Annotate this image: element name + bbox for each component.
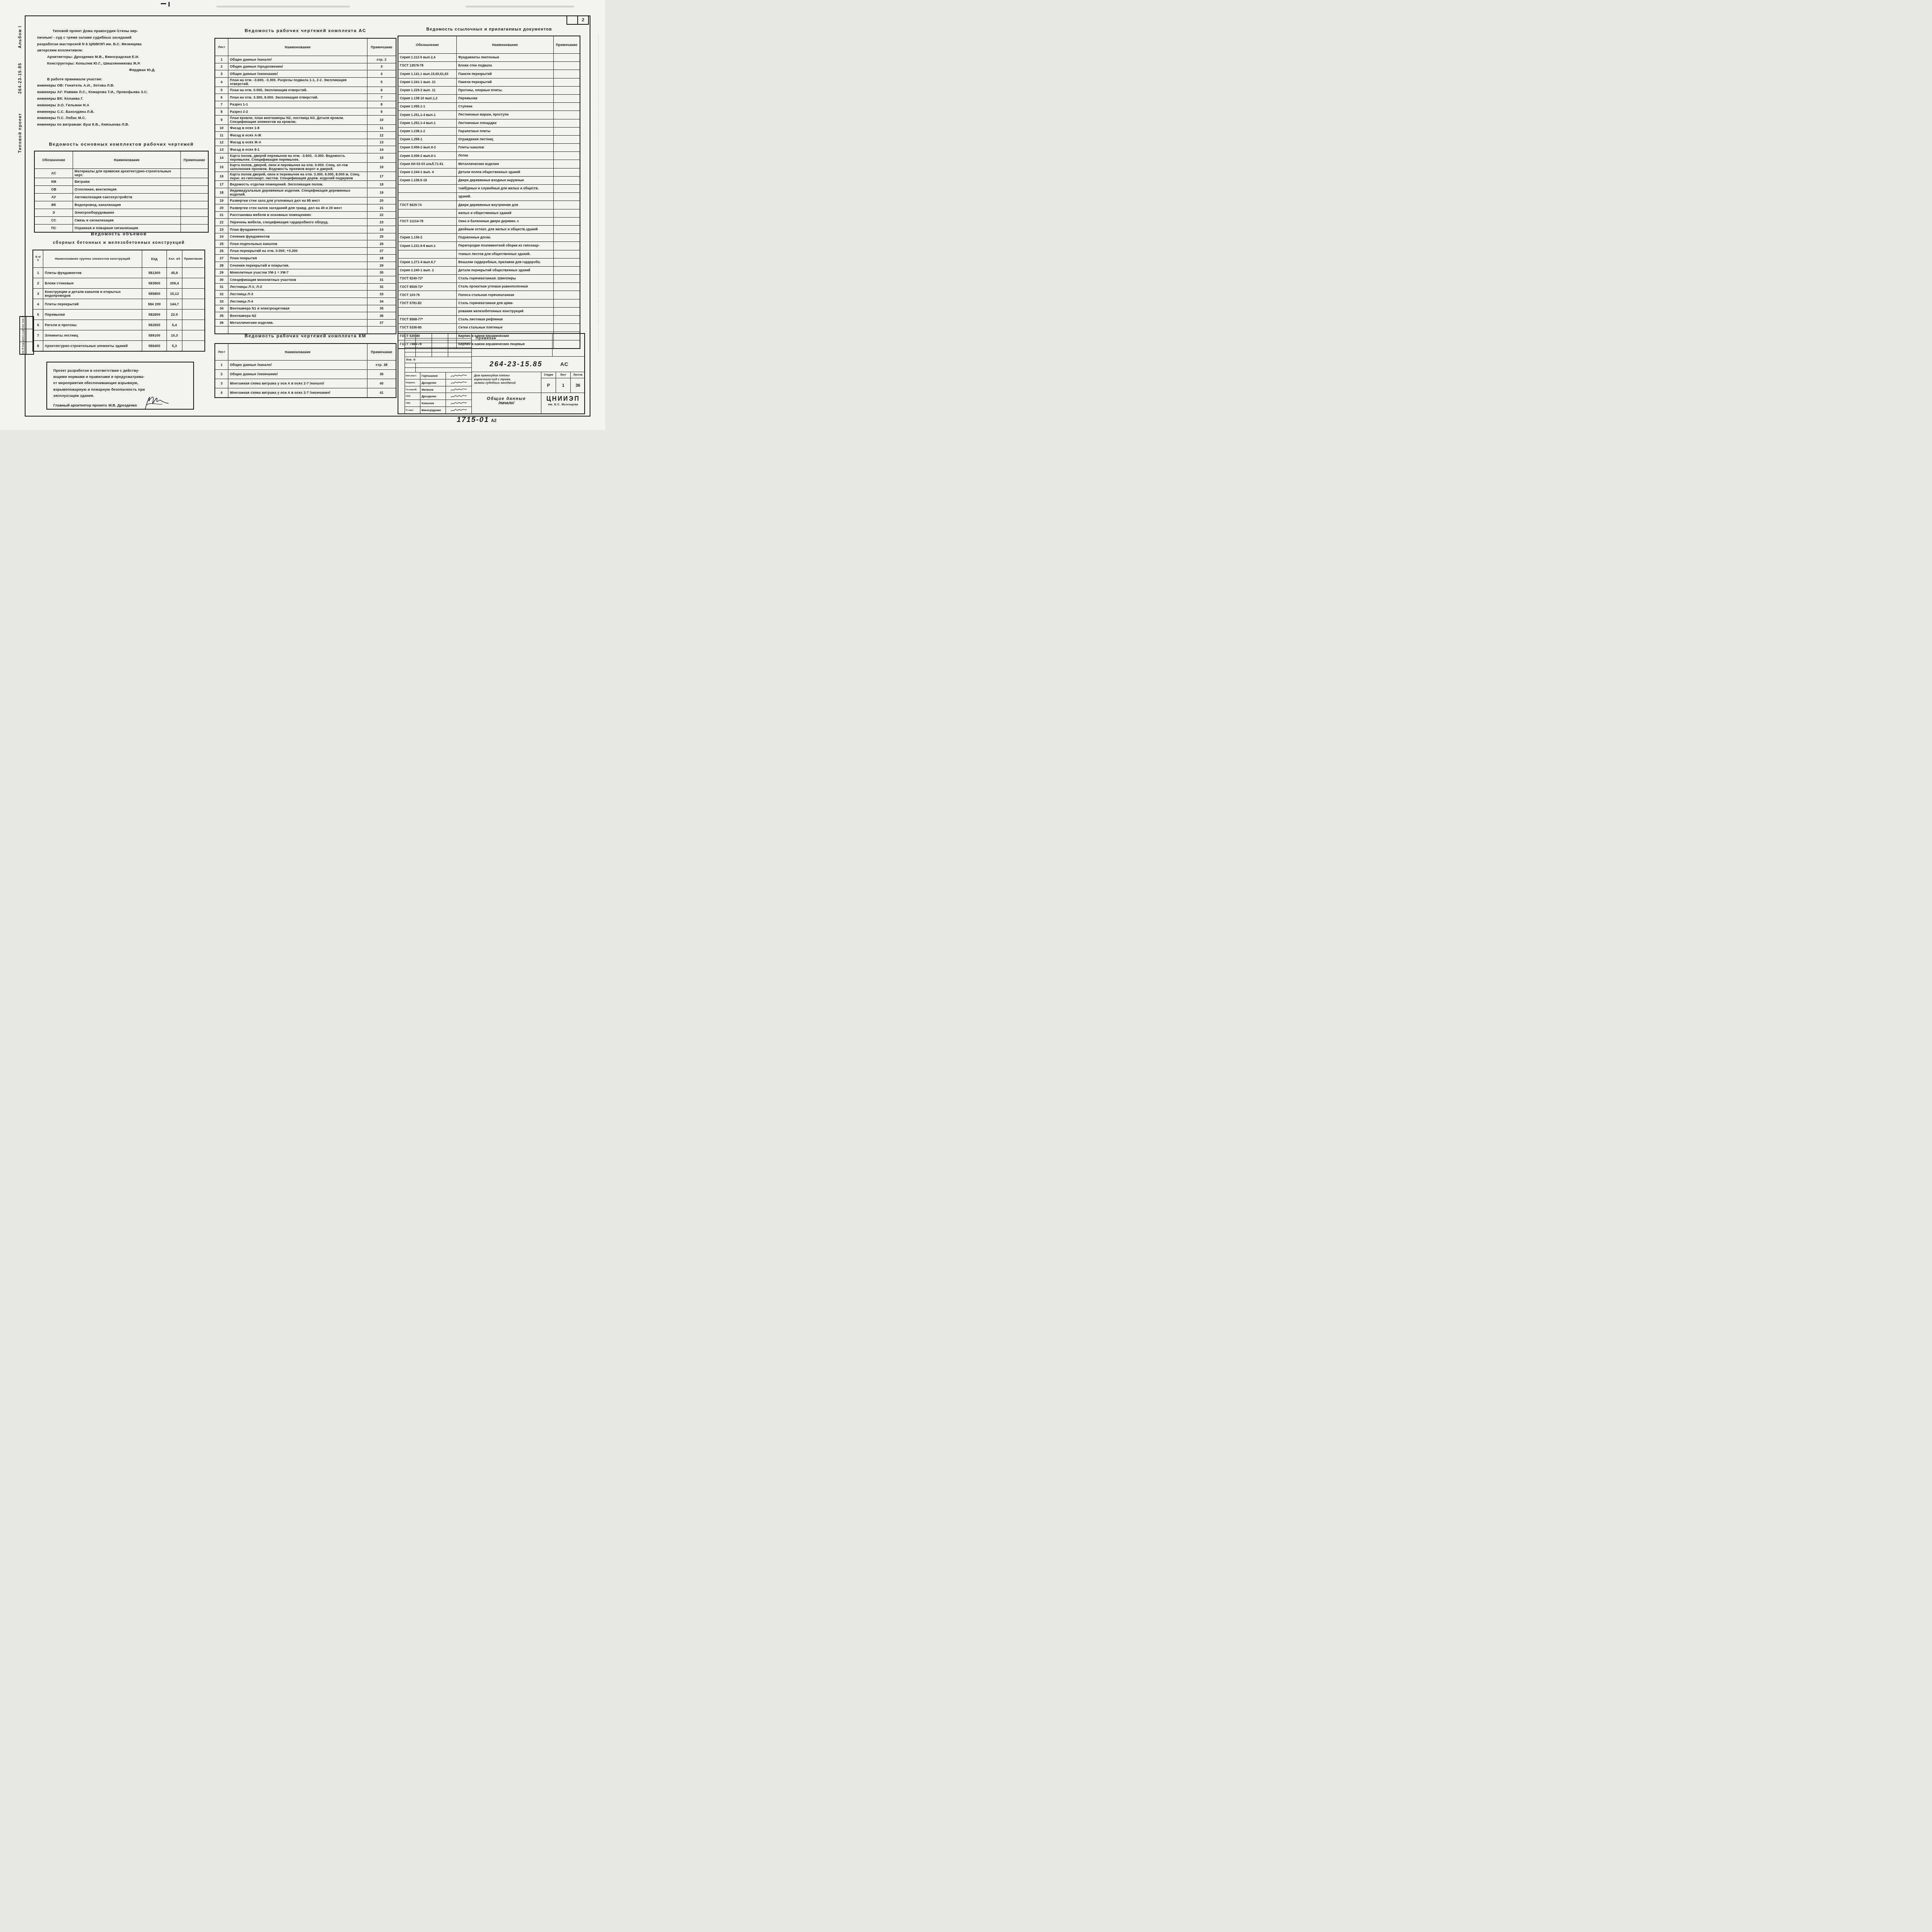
stage-grid: Стадия Лист Листов Р 1 36 bbox=[541, 372, 585, 393]
note-cell: 13 bbox=[367, 139, 396, 146]
table-row: 28 Сечения перекрытий и покрытия. 29 bbox=[215, 262, 396, 269]
num-cell: 5 bbox=[33, 310, 43, 320]
doc-designation-cell: Серия 1.241-1 вып. 21 bbox=[398, 78, 456, 86]
drawing-name-cell: Разрез 1-1 bbox=[228, 101, 367, 108]
doc-name-cell: Перегородки поэлементной сборки из гипсо… bbox=[456, 242, 553, 250]
title-block: Инв. N Нач.маст. Горлышков bbox=[398, 333, 585, 414]
doc-name-cell: зданий. bbox=[456, 193, 553, 201]
project-name-line: Дом правосудия /стены bbox=[474, 374, 540, 378]
table-row: 29 Монолитные участки УМ-1 ÷ УМ-7 30 bbox=[215, 269, 396, 276]
note-cell bbox=[553, 291, 580, 299]
table-row: Серия 2.240-1 вып. 2 Детали перекрытий о… bbox=[398, 266, 580, 274]
signature-icon bbox=[450, 373, 468, 378]
signer-name: М.В. Дрозденко bbox=[109, 403, 137, 408]
stage-header: Стадия bbox=[541, 372, 556, 378]
note-cell: 19 bbox=[367, 188, 396, 197]
note-cell: 15 bbox=[367, 153, 396, 162]
doc-designation-cell: Серия 1.055.1-1 bbox=[398, 103, 456, 111]
table-row: ГОСТ 5336-80 Сетки стальные плетеные bbox=[398, 323, 580, 332]
note-cell bbox=[553, 299, 580, 307]
drawing-name-cell: Фасад в осях 8-1 bbox=[228, 146, 367, 153]
column-header-sheet: Лист bbox=[215, 39, 228, 56]
table-row bbox=[215, 326, 396, 333]
table-row: жилых и общественных зданий bbox=[398, 209, 580, 217]
note-cell bbox=[553, 136, 580, 143]
table-row: 10 Фасад в осях 1-8 11 bbox=[215, 124, 396, 132]
sheets-value: 36 bbox=[571, 378, 585, 393]
drawing-name-cell: План на отм. -3.600, -3.300. Разрезы под… bbox=[228, 78, 367, 87]
table-row: ГОСТ 8240-72* Сталь горячекатанная. Швел… bbox=[398, 274, 580, 282]
doc-name-cell: Панели перекрытий bbox=[456, 78, 553, 86]
table-row: 23 План фундаментов. 24 bbox=[215, 226, 396, 233]
signature-row: ГКП Копылев bbox=[405, 400, 471, 407]
linked-status-cell: Привязан bbox=[472, 334, 552, 356]
compliance-note-box: Проект разработан в соответствии с дейст… bbox=[46, 362, 194, 410]
table-row: Серия 1.251.1-4 вып.1 Лестничные марши, … bbox=[398, 111, 580, 119]
table-row: 5 Перемычки 582800 22.0 bbox=[33, 309, 204, 320]
doc-name-cell: двойным остекл. для жилых и обществ.здан… bbox=[456, 226, 553, 233]
signature-row: Нач.маст. Горлышков bbox=[405, 372, 471, 379]
table-row: Серия 3.006-2 вып.II-1 Лотки bbox=[398, 151, 580, 160]
drawing-name-cell: Фасад в осях Ж-А bbox=[228, 139, 367, 146]
table-row: ОВ Отопление, вентиляция bbox=[35, 185, 208, 193]
table-row: 15 Карта полов, дверей, окон и перемычек… bbox=[215, 162, 396, 172]
table-row: Серия 1.112-5 вып.2,4 Фундаменты ленточн… bbox=[398, 53, 580, 61]
note-cell: 9 bbox=[367, 108, 396, 115]
table-row: 2 Блоки стеновые 583500 206,4 bbox=[33, 278, 204, 288]
table-row: 5 План на отм. 0.000, Экспликация отверс… bbox=[215, 87, 396, 94]
table-header-row: N п/п Наименование группы элементов конс… bbox=[33, 250, 204, 267]
code-cell: 584 200 bbox=[142, 299, 167, 309]
table-row: 21 Расстановка мебели в основных помещен… bbox=[215, 211, 396, 219]
note-cell: 12 bbox=[367, 132, 396, 139]
drawing-name-cell: Венткамера N1 и электрощитовая bbox=[228, 305, 367, 312]
group-name-cell: Конструкции и детали каналов и открытых … bbox=[43, 289, 142, 299]
table-row: 3 Общие данные /окончание/ 4 bbox=[215, 70, 396, 77]
signature-cell bbox=[446, 401, 471, 406]
sheet-num-cell: 24 bbox=[215, 233, 228, 240]
table-row: 14 Карта полов, дверей перемычек на отм.… bbox=[215, 153, 396, 162]
note-line: ющими нормами и правилами и предусматрив… bbox=[53, 374, 188, 380]
doc-name-cell: Сталь горячекатанная для арми- bbox=[456, 299, 553, 307]
signature-icon bbox=[450, 387, 468, 392]
note-line: взрывопожарную и пожарную безопасность п… bbox=[53, 386, 188, 393]
sheet-num-cell: 33 bbox=[215, 298, 228, 305]
sheet-num-cell: 14 bbox=[215, 153, 228, 162]
stamp-cell-label: Подпись и дата bbox=[22, 329, 24, 342]
note-cell bbox=[180, 217, 208, 224]
drawing-name-cell: Индивидуальные деревянные изделия. Специ… bbox=[228, 188, 367, 197]
project-name-line: залами судебных заседаний bbox=[474, 381, 540, 385]
num-cell: 7 bbox=[33, 330, 43, 340]
doc-designation-cell: Серия 1.136-2 bbox=[398, 234, 456, 241]
organization-name: ЦНИИЭП bbox=[541, 396, 585, 403]
set-name-cell: Витражи bbox=[73, 178, 180, 185]
doc-designation-cell: Серия 3.006-2 вып.II-1 bbox=[398, 152, 456, 160]
table-row: 1 Общие данные /начало/ стр. 2 bbox=[215, 56, 396, 63]
note-cell bbox=[180, 209, 208, 216]
code-cell: 582800 bbox=[142, 310, 167, 320]
drawing-name-cell: Фасад в осях 1-8 bbox=[228, 125, 367, 132]
signature-role: Нормок. bbox=[405, 379, 420, 386]
intro-line: инженеры АУ: Раввин Л.С., Комарова Т.И.,… bbox=[37, 89, 212, 95]
inventory-number-row: Инв. N bbox=[405, 357, 471, 363]
note-cell bbox=[553, 168, 580, 176]
revision-row bbox=[405, 338, 471, 343]
set-code-cell: ПС bbox=[35, 224, 73, 232]
table-row: АУ Автоматизация сантехустройств bbox=[35, 193, 208, 201]
margin-project-label: Типовой проект bbox=[18, 113, 22, 153]
sheet-num-cell: 16 bbox=[215, 172, 228, 181]
doc-designation-cell: Серия 1.252.1-4 вып.1 bbox=[398, 119, 456, 127]
note-cell: 27 bbox=[367, 248, 396, 255]
note-line: Проект разработан в соответствии с дейст… bbox=[53, 367, 188, 374]
table-row: 4 План на отм. -3.600, -3.300. Разрезы п… bbox=[215, 77, 396, 87]
signature-row: Ст.арх. Виноградская bbox=[405, 407, 471, 413]
note-cell bbox=[553, 308, 580, 315]
sheet-num-cell: 12 bbox=[215, 139, 228, 146]
signature-name: Дрозденко bbox=[420, 379, 446, 386]
note-cell: стр. 38 bbox=[367, 361, 396, 369]
table-row: 24 Сечения фундаментов 25 bbox=[215, 233, 396, 240]
set-name-cell: Отопление, вентиляция bbox=[73, 186, 180, 193]
sheet-num-cell: 35 bbox=[215, 312, 228, 319]
doc-name-cell: Двери деревянные входные наружные bbox=[456, 177, 553, 184]
doc-name-cell: Детали полов общественных зданий bbox=[456, 168, 553, 176]
drawing-name-cell: Общие данные /начало/ bbox=[228, 361, 367, 369]
drawing-name-cell: Разрез 2-2 bbox=[228, 108, 367, 115]
sheet-num-cell: 21 bbox=[215, 212, 228, 219]
note-cell: 30 bbox=[367, 269, 396, 276]
note-cell: 41 bbox=[367, 388, 396, 397]
margin-project-code: 264-23-15.85 bbox=[18, 63, 22, 94]
table-row: 17 Ведомость отделки помещений. Эксплика… bbox=[215, 180, 396, 188]
sheet-header: Лист bbox=[556, 372, 571, 378]
set-code-cell: ОВ bbox=[35, 186, 73, 193]
table-row: 6 Ригели и прогоны 582500 5,4 bbox=[33, 320, 204, 330]
doc-title-line1: Общие данные bbox=[472, 396, 541, 401]
table-row: 30 Спецификация монолитных участков 31 bbox=[215, 276, 396, 283]
note-cell bbox=[182, 330, 204, 340]
sheet-num-cell: 7 bbox=[215, 101, 228, 108]
note-cell bbox=[553, 70, 580, 78]
stamp-label-column: Взам. инв. N Подпись и дата Инв. N подл. bbox=[20, 317, 27, 354]
set-name-cell: Материалы для привязки архитектурно-стро… bbox=[73, 169, 180, 178]
doc-name-cell: Сталь горячекатанная. Швеллеры bbox=[456, 275, 553, 282]
as-list-title: Ведомость рабочих чертежей комплекта АС bbox=[214, 29, 396, 33]
note-cell bbox=[553, 250, 580, 258]
doc-designation-cell bbox=[398, 185, 456, 192]
sheet-num-cell: 31 bbox=[215, 284, 228, 291]
note-cell bbox=[553, 193, 580, 201]
signature-name: Горлышков bbox=[420, 372, 446, 379]
drawing-name-cell: Общие данные /продолжение/ bbox=[228, 63, 367, 70]
sheet-num-cell: 3 bbox=[215, 70, 228, 77]
table-row: 35 Венткамера N2 36 bbox=[215, 312, 396, 319]
table-row: 3 Монтажная схема витража у оси А в осях… bbox=[215, 379, 396, 388]
table-row: Серия 1.252.1-4 вып.1 Лестничные площадк… bbox=[398, 119, 580, 127]
registration-mark bbox=[168, 2, 170, 7]
set-name-cell: Водопровод, канализация bbox=[73, 201, 180, 209]
refs-title: Ведомость ссылочных и прилагаемых докуме… bbox=[398, 27, 580, 32]
drawing-name-cell: Карта полов дверей, окон и перемычек на … bbox=[228, 172, 367, 181]
sheet-num-cell: 15 bbox=[215, 163, 228, 172]
drawing-name-cell: План фундаментов. bbox=[228, 226, 367, 233]
note-cell: 16 bbox=[367, 163, 396, 172]
sheet-num-cell: 36 bbox=[215, 320, 228, 327]
table-row: 8 Разрез 2-2 9 bbox=[215, 108, 396, 115]
sheet-num-cell: 34 bbox=[215, 305, 228, 312]
note-cell: 4 bbox=[367, 70, 396, 77]
note-cell: 24 bbox=[367, 226, 396, 233]
project-name-cell: Дом правосудия /стены кирпичные/-суд с т… bbox=[472, 372, 541, 393]
sheet-num-cell: 1 bbox=[215, 56, 228, 63]
signature-cell bbox=[446, 373, 471, 378]
title-block-revision-grid: Инв. N Нач.маст. Горлышков bbox=[405, 334, 472, 413]
column-header-qty: Кол. м3 bbox=[167, 250, 182, 267]
table-row: 18 Индивидуальные деревянные изделия. Сп… bbox=[215, 188, 396, 197]
intro-line: Архитекторы: Дрозденко М.В., Виноградска… bbox=[37, 54, 212, 60]
intro-line: В работе принимали участие: bbox=[37, 76, 212, 83]
drawing-name-cell: Сечения фундаментов bbox=[228, 233, 367, 240]
note-cell bbox=[180, 169, 208, 178]
stamp-empty-cell bbox=[27, 342, 33, 354]
signature-cell bbox=[446, 387, 471, 392]
drawing-name-cell: Развертки стен залов заседаний для гражд… bbox=[228, 204, 367, 211]
scan-artifact-edge bbox=[598, 35, 599, 352]
note-cell: 26 bbox=[367, 240, 396, 247]
sheets-header: Листов bbox=[571, 372, 585, 378]
note-cell: 3 bbox=[367, 63, 396, 70]
table-header-row: Лист Наименование Примечание bbox=[215, 39, 396, 56]
drawing-name-cell: План на отм. 0.000, Экспликация отверсти… bbox=[228, 87, 367, 94]
note-cell: 37 bbox=[367, 320, 396, 327]
table-row: 31 Лестницы Л-1; Л-2 32 bbox=[215, 283, 396, 291]
sheet-num-cell: 22 bbox=[215, 219, 228, 226]
drawing-name-cell: План на отм. 3.300, 8.000. Экспликация о… bbox=[228, 94, 367, 101]
doc-name-cell: Ступени bbox=[456, 103, 553, 111]
table-row: Серия 1.231.9-8 вып.1 Перегородки поэлем… bbox=[398, 241, 580, 250]
drawing-name-cell: Монолитные участки УМ-1 ÷ УМ-7 bbox=[228, 269, 367, 276]
code-cell: 582500 bbox=[142, 320, 167, 330]
doc-designation-cell: Серия 1.138-10 вып.1,2 bbox=[398, 95, 456, 102]
stamp-empty-cell bbox=[27, 329, 33, 342]
code-cell: 581300 bbox=[142, 268, 167, 278]
drawing-name-cell: Металлические изделия. bbox=[228, 320, 367, 327]
signature-name: Виноградская bbox=[420, 407, 446, 413]
intro-line: инженеры по витражам: Буш К.В., Князьков… bbox=[37, 121, 212, 128]
table-row: зданий. bbox=[398, 192, 580, 201]
stamp-cell-label: Инв. N подл. bbox=[22, 342, 24, 354]
table-row: ГОСТ 11214-78 Окна и балконные двери дер… bbox=[398, 217, 580, 225]
group-name-cell: Ригели и прогоны bbox=[43, 320, 142, 330]
stage-header-row: Стадия Лист Листов bbox=[541, 372, 585, 378]
footer-format: А2 bbox=[491, 418, 497, 423]
drawing-name-cell: Лестница Л-4 bbox=[228, 298, 367, 305]
qty-cell: 45,9 bbox=[167, 268, 182, 278]
note-cell: 11 bbox=[367, 125, 396, 132]
linked-status-label: Привязан bbox=[476, 336, 496, 340]
table-row: 11 Фасад в осях А-Ж 12 bbox=[215, 131, 396, 139]
drawing-name-cell: Монтажная схема витража у оси А в осях 2… bbox=[228, 388, 367, 397]
sheet-num-cell bbox=[215, 327, 228, 333]
note-cell bbox=[180, 224, 208, 232]
qty-cell: 206,4 bbox=[167, 278, 182, 288]
signature-cell bbox=[446, 394, 471, 399]
table-row: 2 Общие данные /продолжение/ 3 bbox=[215, 63, 396, 70]
stamp-cell: Взам. инв. N bbox=[20, 317, 26, 329]
registration-mark bbox=[161, 3, 166, 4]
qty-cell: 15,12 bbox=[167, 289, 182, 299]
note-cell bbox=[180, 201, 208, 209]
note-cell bbox=[180, 178, 208, 185]
drawing-name-cell: План подпольных каналов bbox=[228, 240, 367, 247]
note-cell bbox=[553, 144, 580, 151]
code-cell: 583500 bbox=[142, 278, 167, 288]
doc-name-cell: Фундаменты ленточные bbox=[456, 54, 553, 61]
column-header-designation: Обозначение bbox=[398, 36, 456, 53]
note-cell: 28 bbox=[367, 255, 396, 262]
signature-name: Матвеев bbox=[420, 386, 446, 393]
note-cell: 20 bbox=[367, 197, 396, 204]
signature-icon bbox=[450, 394, 468, 399]
table-row: Серия 1.055.1-1 Ступени bbox=[398, 102, 580, 111]
left-margin-stamp: Взам. инв. N Подпись и дата Инв. N подл. bbox=[19, 316, 34, 355]
note-cell bbox=[553, 267, 580, 274]
column-header-name: Наименование bbox=[228, 344, 367, 360]
sheet-num-cell: 23 bbox=[215, 226, 228, 233]
note-cell bbox=[553, 95, 580, 102]
organization-cell: ЦНИИЭП им. Б.С. Мезенцева bbox=[541, 393, 585, 414]
drawing-name-cell: Сечения перекрытий и покрытия. bbox=[228, 262, 367, 269]
drawing-name-cell: Монтажная схема витража у оси А в осях 2… bbox=[228, 379, 367, 388]
sheet-num-cell: 2 bbox=[215, 370, 228, 379]
note-cell bbox=[553, 103, 580, 111]
doc-designation-cell: ГОСТ 8568-77* bbox=[398, 316, 456, 323]
drawing-name-cell: Ведомость отделки помещений. Экспликация… bbox=[228, 181, 367, 188]
table-row: Серия 1.271-4 вып.6,7 Вешалки гардеробны… bbox=[398, 258, 580, 266]
signoff-row: Главный архитектор проекта М.В. Дрозденк… bbox=[53, 403, 188, 408]
doc-designation-cell bbox=[398, 209, 456, 217]
intro-line: инженеры С.С. Бахолдина Л.В. bbox=[37, 109, 212, 115]
note-cell bbox=[553, 87, 580, 94]
qty-cell: 144,7 bbox=[167, 299, 182, 309]
qty-cell: 5,4 bbox=[167, 320, 182, 330]
note-cell: 5 bbox=[367, 78, 396, 87]
note-cell bbox=[553, 218, 580, 225]
organization-subname: им. Б.С. Мезенцева bbox=[541, 403, 585, 406]
note-cell bbox=[553, 209, 580, 217]
intro-line: инженеры ВК: Копаева Г. bbox=[37, 95, 212, 102]
group-name-cell: Элементы лестниц bbox=[43, 330, 142, 340]
revision-row bbox=[405, 363, 471, 368]
doc-name-cell: Полоса стальная горячекатанная bbox=[456, 291, 553, 299]
note-cell bbox=[553, 152, 580, 160]
table-row: Серия 1.136-2 Подоконные доски. bbox=[398, 233, 580, 241]
volumes-title-line2: сборных бетонных и железобетонных констр… bbox=[32, 240, 205, 245]
inventory-number-label: Инв. N bbox=[405, 359, 415, 361]
sheet-num-cell: 4 bbox=[215, 78, 228, 87]
signature-row: ГАП Дрозденко bbox=[405, 393, 471, 400]
doc-designation-cell bbox=[398, 226, 456, 233]
drawing-name-cell: План покрытия bbox=[228, 255, 367, 262]
drawing-name-cell: Фасад в осях А-Ж bbox=[228, 132, 367, 139]
doc-designation-cell: Серия 1.271-4 вып.6,7 bbox=[398, 259, 456, 266]
sheet-num-cell: 29 bbox=[215, 269, 228, 276]
doc-designation-cell: Серия 1.141.1 вып.15,60,61,63 bbox=[398, 70, 456, 78]
note-cell bbox=[182, 299, 204, 309]
document-code-cell: 264-23-15.85 АС bbox=[472, 356, 585, 372]
note-cell bbox=[553, 78, 580, 86]
sheet-num-cell: 18 bbox=[215, 188, 228, 197]
drawing-name-cell: Расстановка мебели в основных помещениях bbox=[228, 212, 367, 219]
table-row: Серия КИ-03-03 альб.71-61 Металлические … bbox=[398, 160, 580, 168]
table-row: 32 Лестница Л-3 33 bbox=[215, 290, 396, 298]
sheet-num-cell: 2 bbox=[215, 63, 228, 70]
table-row: Серия 1.256-1 Ограждения лестниц bbox=[398, 135, 580, 143]
doc-designation-cell: Серия 1.136.5-19 bbox=[398, 177, 456, 184]
column-header-note: Примечание bbox=[553, 36, 580, 53]
doc-designation-cell: ГОСТ 103-76 bbox=[398, 291, 456, 299]
table-row: 4 Монтажная схема витража у оси А в осях… bbox=[215, 388, 396, 397]
table-row: 19 Развертки стен зала для уголовных дел… bbox=[215, 197, 396, 204]
intro-line: пичные/ - суд с тремя залами судебных за… bbox=[37, 34, 212, 41]
note-cell: 33 bbox=[367, 291, 396, 298]
doc-name-cell: тамбурные и служебные для жилых и общест… bbox=[456, 185, 553, 192]
table-row: рования железобетонных конструкций bbox=[398, 307, 580, 315]
doc-name-cell: Прогоны, опорные плиты. bbox=[456, 87, 553, 94]
revision-row bbox=[405, 352, 471, 357]
doc-designation-cell: ГОСТ 8240-72* bbox=[398, 275, 456, 282]
doc-designation-cell: Серия 1.231.9-8 вып.1 bbox=[398, 242, 456, 250]
group-name-cell: Блоки стеновые bbox=[43, 278, 142, 288]
num-cell: 4 bbox=[33, 299, 43, 309]
table-row: ГОСТ 8568-77* Сталь листовая рифленая bbox=[398, 315, 580, 323]
table-row: 3 Конструкции и детали каналов и открыты… bbox=[33, 288, 204, 299]
drawing-name-cell: Общие данные /начало/ bbox=[228, 56, 367, 63]
doc-title-cell: Общие данные /начало/ bbox=[472, 393, 541, 414]
doc-designation-cell bbox=[398, 193, 456, 201]
table-row: Серия 1.136.5-19 Двери деревянные входны… bbox=[398, 176, 580, 184]
title-block-empty-cell bbox=[552, 334, 585, 356]
note-cell: 35 bbox=[367, 305, 396, 312]
set-code-cell: АУ bbox=[35, 194, 73, 201]
code-cell: 589400 bbox=[142, 341, 167, 351]
note-cell bbox=[553, 259, 580, 266]
qty-cell: 5,3 bbox=[167, 341, 182, 351]
table-row: 13 Фасад в осях 8-1 14 bbox=[215, 146, 396, 153]
table-row: 9 План кровли, план венткамеры N2, лестн… bbox=[215, 115, 396, 124]
note-cell bbox=[180, 194, 208, 201]
sheet-num-cell: 32 bbox=[215, 291, 228, 298]
column-header-designation: Обозначение bbox=[35, 151, 73, 168]
doc-designation-cell: ГОСТ 6629-74 bbox=[398, 201, 456, 209]
note-cell bbox=[182, 320, 204, 330]
signature-icon bbox=[450, 401, 468, 406]
num-cell: 3 bbox=[33, 289, 43, 299]
km-list-table: Лист Наименование Примечание 1 Общие дан… bbox=[214, 343, 396, 398]
drawing-name-cell: Общие данные /окончание/ bbox=[228, 70, 367, 77]
table-row: 16 Карта полов дверей, окон и перемычек … bbox=[215, 172, 396, 181]
note-cell bbox=[553, 242, 580, 250]
drawing-name-cell bbox=[228, 327, 367, 333]
drawing-name-cell: Развертки стен зала для уголовных дел на… bbox=[228, 197, 367, 204]
stage-value: Р bbox=[541, 378, 556, 393]
revision-row bbox=[405, 334, 471, 338]
table-row: ГОСТ 103-76 Полоса стальная горячекатанн… bbox=[398, 291, 580, 299]
as-list-table: Лист Наименование Примечание 1 Общие дан… bbox=[214, 38, 396, 334]
table-row: 26 План перекрытий на отм. 0.000; +3.300… bbox=[215, 247, 396, 255]
